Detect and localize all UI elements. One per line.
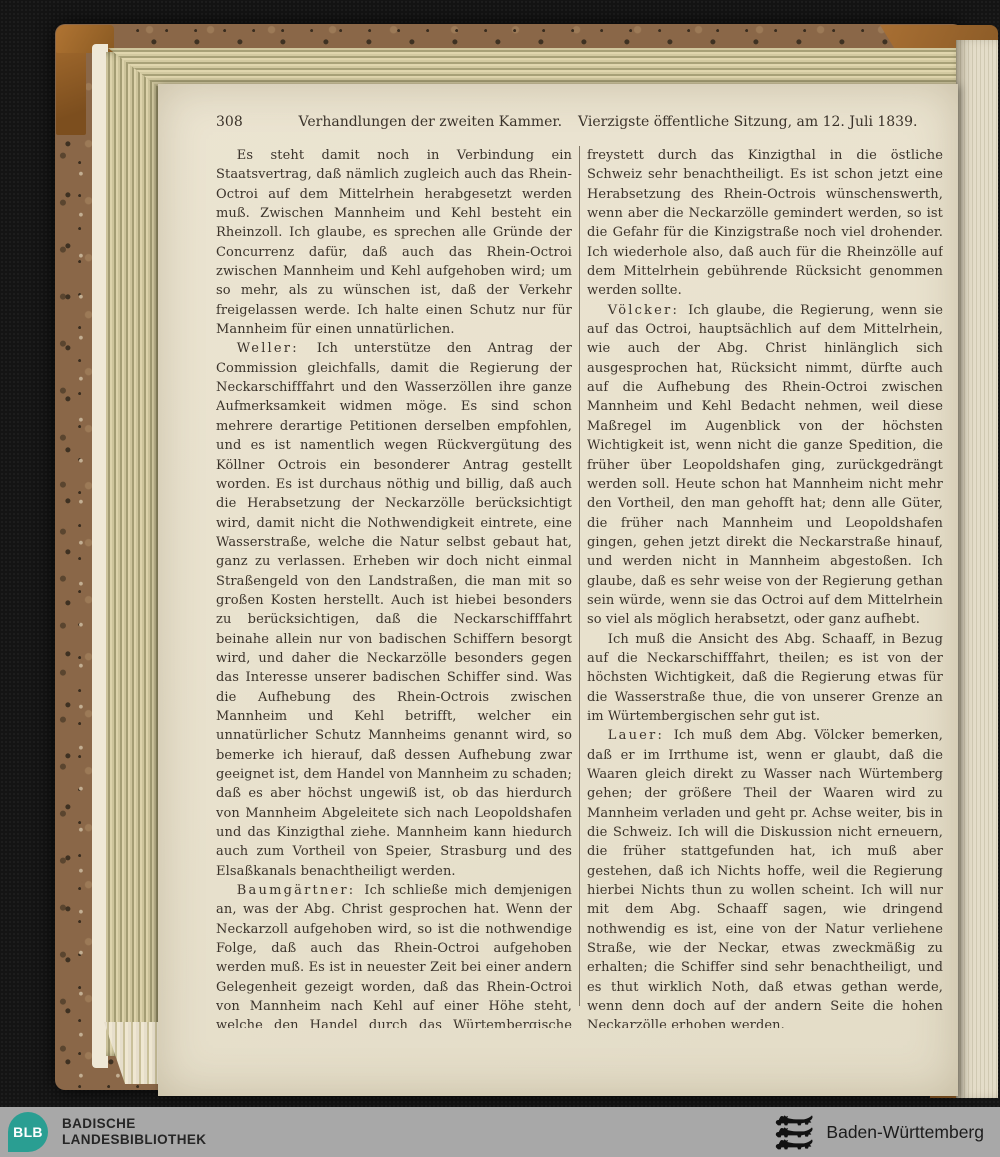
speaker-name: Weller: bbox=[237, 341, 317, 356]
page-stack-fore-edge-left bbox=[106, 52, 162, 1056]
running-header: 308 Verhandlungen der zweiten Kammer. Vi… bbox=[216, 114, 940, 136]
page-title: Verhandlungen der zweiten Kammer. Vierzi… bbox=[276, 114, 940, 130]
baden-wuerttemberg-coat-of-arms-icon bbox=[774, 1109, 814, 1155]
blb-logo-icon: BLB bbox=[8, 1112, 48, 1152]
facing-page-edge bbox=[956, 40, 998, 1098]
state-branding: Baden-Württemberg bbox=[774, 1109, 1000, 1155]
state-name: Baden-Württemberg bbox=[826, 1122, 984, 1143]
speaker-name: Lauer: bbox=[608, 728, 674, 743]
blb-logo-text: BLB bbox=[13, 1124, 43, 1140]
library-name: BADISCHE LANDESBIBLIOTHEK bbox=[62, 1116, 206, 1148]
column-divider-rule bbox=[579, 146, 580, 1006]
library-footer-bar: BLB BADISCHE LANDESBIBLIOTHEK Baden-Würt… bbox=[0, 1107, 1000, 1157]
library-name-line2: LANDESBIBLIOTHEK bbox=[62, 1132, 206, 1148]
page-number: 308 bbox=[216, 114, 243, 130]
library-branding: BLB BADISCHE LANDESBIBLIOTHEK bbox=[0, 1112, 206, 1152]
text-column-right: freystett durch das Kinzigthal in die ös… bbox=[587, 146, 943, 1028]
paragraph: Es steht damit noch in Verbindung ein St… bbox=[216, 146, 572, 339]
text-column-left: Es steht damit noch in Verbindung ein St… bbox=[216, 146, 572, 1028]
paragraph: Ich muß die Ansicht des Abg. Schaaff, in… bbox=[587, 630, 943, 727]
paragraph: Völcker: Ich glaube, die Regierung, wenn… bbox=[587, 301, 943, 630]
scanned-page: 308 Verhandlungen der zweiten Kammer. Vi… bbox=[158, 84, 958, 1096]
paragraph: Lauer: Ich muß dem Abg. Völcker bemerken… bbox=[587, 726, 943, 1028]
book-scan-photo: 308 Verhandlungen der zweiten Kammer. Vi… bbox=[0, 0, 1000, 1157]
speaker-name: Völcker: bbox=[608, 303, 688, 318]
library-name-line1: BADISCHE bbox=[62, 1116, 206, 1132]
paragraph: Baumgärtner: Ich schließe mich demjenige… bbox=[216, 881, 572, 1028]
page-title-part2: Vierzigste öffentliche Sitzung, am 12. J… bbox=[578, 114, 917, 130]
page-title-part1: Verhandlungen der zweiten Kammer. bbox=[299, 114, 563, 130]
text-columns: Es steht damit noch in Verbindung ein St… bbox=[216, 146, 944, 1028]
speaker-name: Baumgärtner: bbox=[237, 883, 365, 898]
paragraph: Weller: Ich unterstütze den Antrag der C… bbox=[216, 339, 572, 881]
paragraph: freystett durch das Kinzigthal in die ös… bbox=[587, 146, 943, 301]
